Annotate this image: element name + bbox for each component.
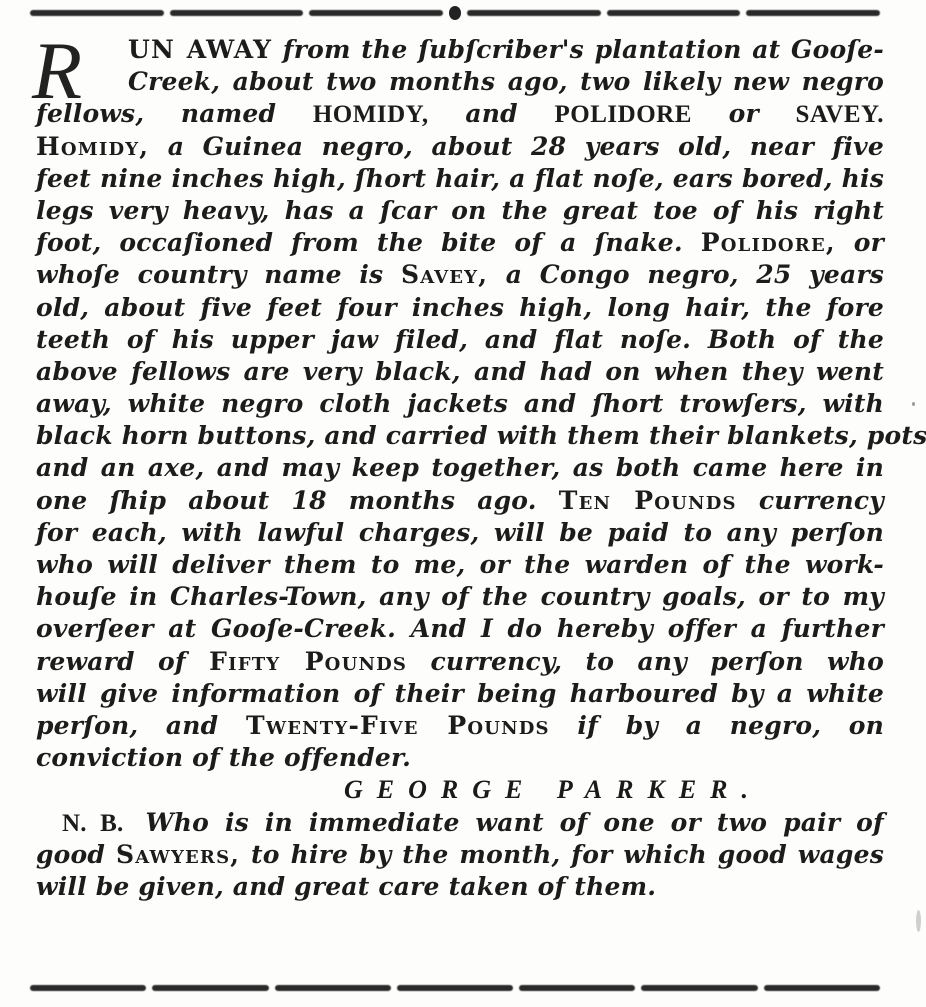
text-run: to hire by the month, for which good wag… bbox=[240, 840, 884, 869]
text-run: one ſhip about 18 months ago. bbox=[36, 486, 559, 515]
text-run: away, white negro cloth jackets and ſhor… bbox=[36, 389, 884, 418]
emphasized-text: SAVEY. bbox=[796, 101, 884, 128]
nota-bene-label: N. B. bbox=[62, 810, 124, 837]
scan-artifact bbox=[916, 910, 921, 932]
text-run: foot, occaſioned from the bite of a ſnak… bbox=[36, 228, 701, 257]
emphasized-text: Ten Pounds bbox=[559, 486, 737, 515]
text-line: will be given, and great care taken of t… bbox=[36, 871, 884, 903]
text-run: currency, to any perſon who bbox=[407, 647, 884, 676]
emphasized-text: Homidy, bbox=[36, 132, 149, 161]
text-line: perſon, and Twenty-Five Pounds if by a n… bbox=[36, 710, 884, 742]
top-decorative-rule bbox=[30, 10, 880, 16]
text-run: feet nine inches high, ſhort hair, a fla… bbox=[36, 164, 884, 193]
signature: GEORGE PARKER. bbox=[36, 774, 884, 806]
emphasized-text: Polidore, bbox=[701, 228, 836, 257]
text-line: Creek, about two months ago, two likely … bbox=[36, 66, 884, 98]
text-line: foot, occaſioned from the bite of a ſnak… bbox=[36, 227, 884, 259]
text-run: or bbox=[836, 228, 884, 257]
text-run: and bbox=[429, 99, 555, 128]
text-line: Homidy, a Guinea negro, about 28 years o… bbox=[36, 131, 884, 163]
text-run: will give information of their being har… bbox=[36, 679, 884, 708]
text-line: away, white negro cloth jackets and ſhor… bbox=[36, 388, 884, 420]
text-line: above fellows are very black, and had on… bbox=[36, 356, 884, 388]
text-run: Who is in immediate want of one or two p… bbox=[146, 808, 885, 837]
emphasized-text: Savey, bbox=[401, 260, 488, 289]
text-line: whoſe country name is Savey, a Congo neg… bbox=[36, 259, 884, 291]
text-line: legs very heavy, has a ſcar on the great… bbox=[36, 195, 884, 227]
emphasized-text: POLIDORE bbox=[555, 101, 692, 128]
text-line: one ſhip about 18 months ago. Ten Pounds… bbox=[36, 485, 884, 517]
text-line: old, about five feet four inches high, l… bbox=[36, 292, 884, 324]
text-line: who will deliver them to me, or the ward… bbox=[36, 549, 884, 581]
text-line: will give information of their being har… bbox=[36, 678, 884, 710]
text-line: teeth of his upper jaw filed, and flat n… bbox=[36, 324, 884, 356]
emphasized-text: HOMIDY, bbox=[313, 101, 429, 128]
text-line: N. B.Who is in immediate want of one or … bbox=[36, 807, 884, 839]
text-line: feet nine inches high, ſhort hair, a fla… bbox=[36, 163, 884, 195]
drop-cap: R bbox=[32, 36, 82, 106]
text-run: who will deliver them to me, or the ward… bbox=[36, 550, 884, 579]
text-run: perſon, and bbox=[36, 711, 246, 740]
newspaper-page: R UN AWAY from the ſubſcriber's plantati… bbox=[0, 0, 926, 1007]
text-line: black horn buttons, and carried with the… bbox=[36, 420, 884, 452]
text-line: for each, with lawful charges, will be p… bbox=[36, 517, 884, 549]
text-run: Creek, about two months ago, two likely … bbox=[128, 67, 884, 96]
text-run: for each, with lawful charges, will be p… bbox=[36, 518, 884, 547]
text-line: good Sawyers, to hire by the month, for … bbox=[36, 839, 884, 871]
nota-bene-section: N. B.Who is in immediate want of one or … bbox=[36, 807, 884, 904]
text-line: conviction of the offender. bbox=[36, 742, 884, 774]
text-run: from the ſubſcriber's plantation at Gooſ… bbox=[272, 35, 884, 64]
text-run: above fellows are very black, and had on… bbox=[36, 357, 884, 386]
text-run: if by a negro, on bbox=[550, 711, 884, 740]
text-line: houſe in Charles-Town, any of the countr… bbox=[36, 581, 884, 613]
text-run: good bbox=[36, 840, 116, 869]
text-run: legs very heavy, has a ſcar on the great… bbox=[36, 196, 884, 225]
text-run: teeth of his upper jaw filed, and flat n… bbox=[36, 325, 884, 354]
text-run: overſeer at Gooſe-Creek. And I do hereby… bbox=[36, 614, 884, 643]
text-line: reward of Fifty Pounds currency, to any … bbox=[36, 646, 884, 678]
text-run: reward of bbox=[36, 647, 209, 676]
emphasized-text: Fifty Pounds bbox=[209, 647, 407, 676]
emphasized-text: Twenty-Five Pounds bbox=[246, 711, 550, 740]
text-run: a Guinea negro, about 28 years old, near… bbox=[149, 132, 884, 161]
bottom-decorative-rule bbox=[30, 985, 880, 991]
emphasized-text: UN AWAY bbox=[128, 35, 272, 64]
text-run: and an axe, and may keep together, as bo… bbox=[36, 453, 884, 482]
text-run: will be given, and great care taken of t… bbox=[36, 872, 656, 901]
text-line: fellows, named HOMIDY, and POLIDORE or S… bbox=[36, 98, 884, 130]
text-run: a Congo negro, 25 years bbox=[488, 260, 884, 289]
text-run: houſe in Charles-Town, any of the countr… bbox=[36, 582, 884, 611]
scan-artifact bbox=[912, 402, 915, 406]
text-run: whoſe country name is bbox=[36, 260, 401, 289]
advertisement-body: UN AWAY from the ſubſcriber's plantation… bbox=[36, 34, 884, 774]
text-run: currency bbox=[737, 486, 884, 515]
text-run: or bbox=[692, 99, 796, 128]
runaway-advertisement: R UN AWAY from the ſubſcriber's plantati… bbox=[36, 34, 884, 903]
text-run: conviction of the offender. bbox=[36, 743, 411, 772]
text-run: black horn buttons, and carried with the… bbox=[36, 421, 926, 450]
text-line: UN AWAY from the ſubſcriber's plantation… bbox=[36, 34, 884, 66]
emphasized-text: Sawyers, bbox=[116, 840, 240, 869]
text-line: and an axe, and may keep together, as bo… bbox=[36, 452, 884, 484]
text-run: old, about five feet four inches high, l… bbox=[36, 293, 884, 322]
rule-ornament bbox=[449, 6, 461, 20]
text-line: overſeer at Gooſe-Creek. And I do hereby… bbox=[36, 613, 884, 645]
